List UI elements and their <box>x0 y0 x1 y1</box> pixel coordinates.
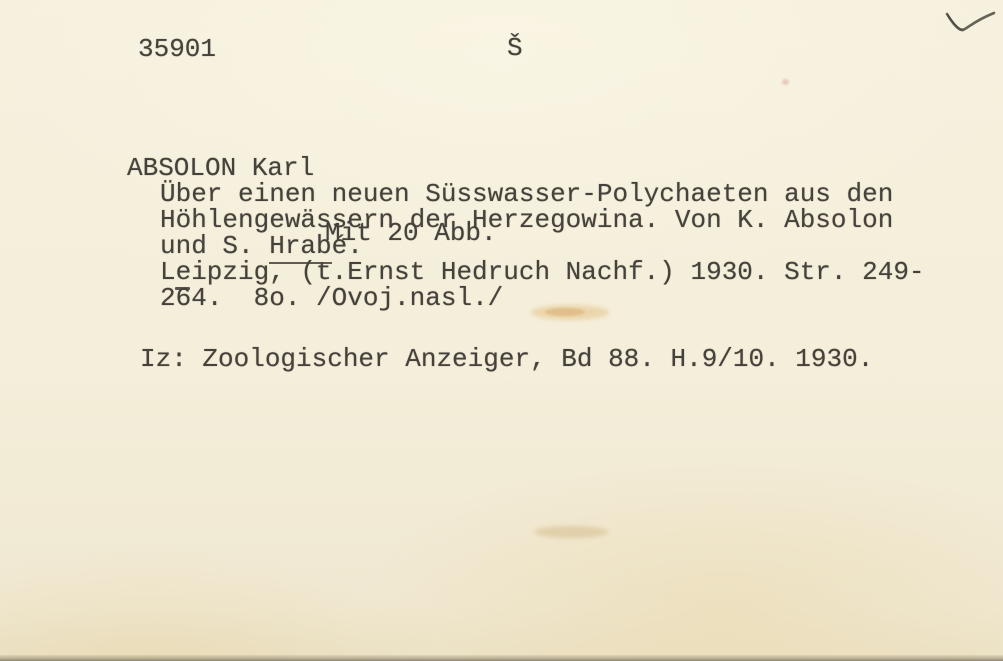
paper-speck <box>782 79 789 85</box>
source-line: Iz: Zoologischer Anzeiger, Bd 88. H.9/10… <box>140 346 873 372</box>
title-line-2: Höhlengewässern der Herzegowina. Von K. … <box>160 207 893 233</box>
paper-stain <box>534 526 608 538</box>
catalog-number: 35901 <box>138 36 216 62</box>
overstruck-digit: 6 <box>176 285 192 311</box>
pages-prefix: 2 <box>160 283 176 313</box>
pages-line: 264. 8o. /Ovoj.nasl./ <box>160 285 503 311</box>
catalog-card: 35901 Š ABSOLON Karl Über einen neuen Sü… <box>0 0 1003 661</box>
title-line-1: Über einen neuen Süsswasser-Polychaeten … <box>160 181 893 207</box>
card-bottom-edge <box>0 655 1003 661</box>
checkmark-icon <box>944 9 998 39</box>
overstrike-mark <box>175 287 190 290</box>
author-heading: ABSOLON Karl <box>127 155 314 181</box>
ink-smudge-stain-core <box>545 308 585 316</box>
pages-suffix: 4. 8o. /Ovoj.nasl./ <box>191 283 503 313</box>
inserted-note: Mit 20 Abb. <box>325 220 497 246</box>
heading-letter: Š <box>507 35 523 61</box>
imprint-line: Leipzig, (t.Ernst Hedruch Nachf.) 1930. … <box>160 259 925 285</box>
